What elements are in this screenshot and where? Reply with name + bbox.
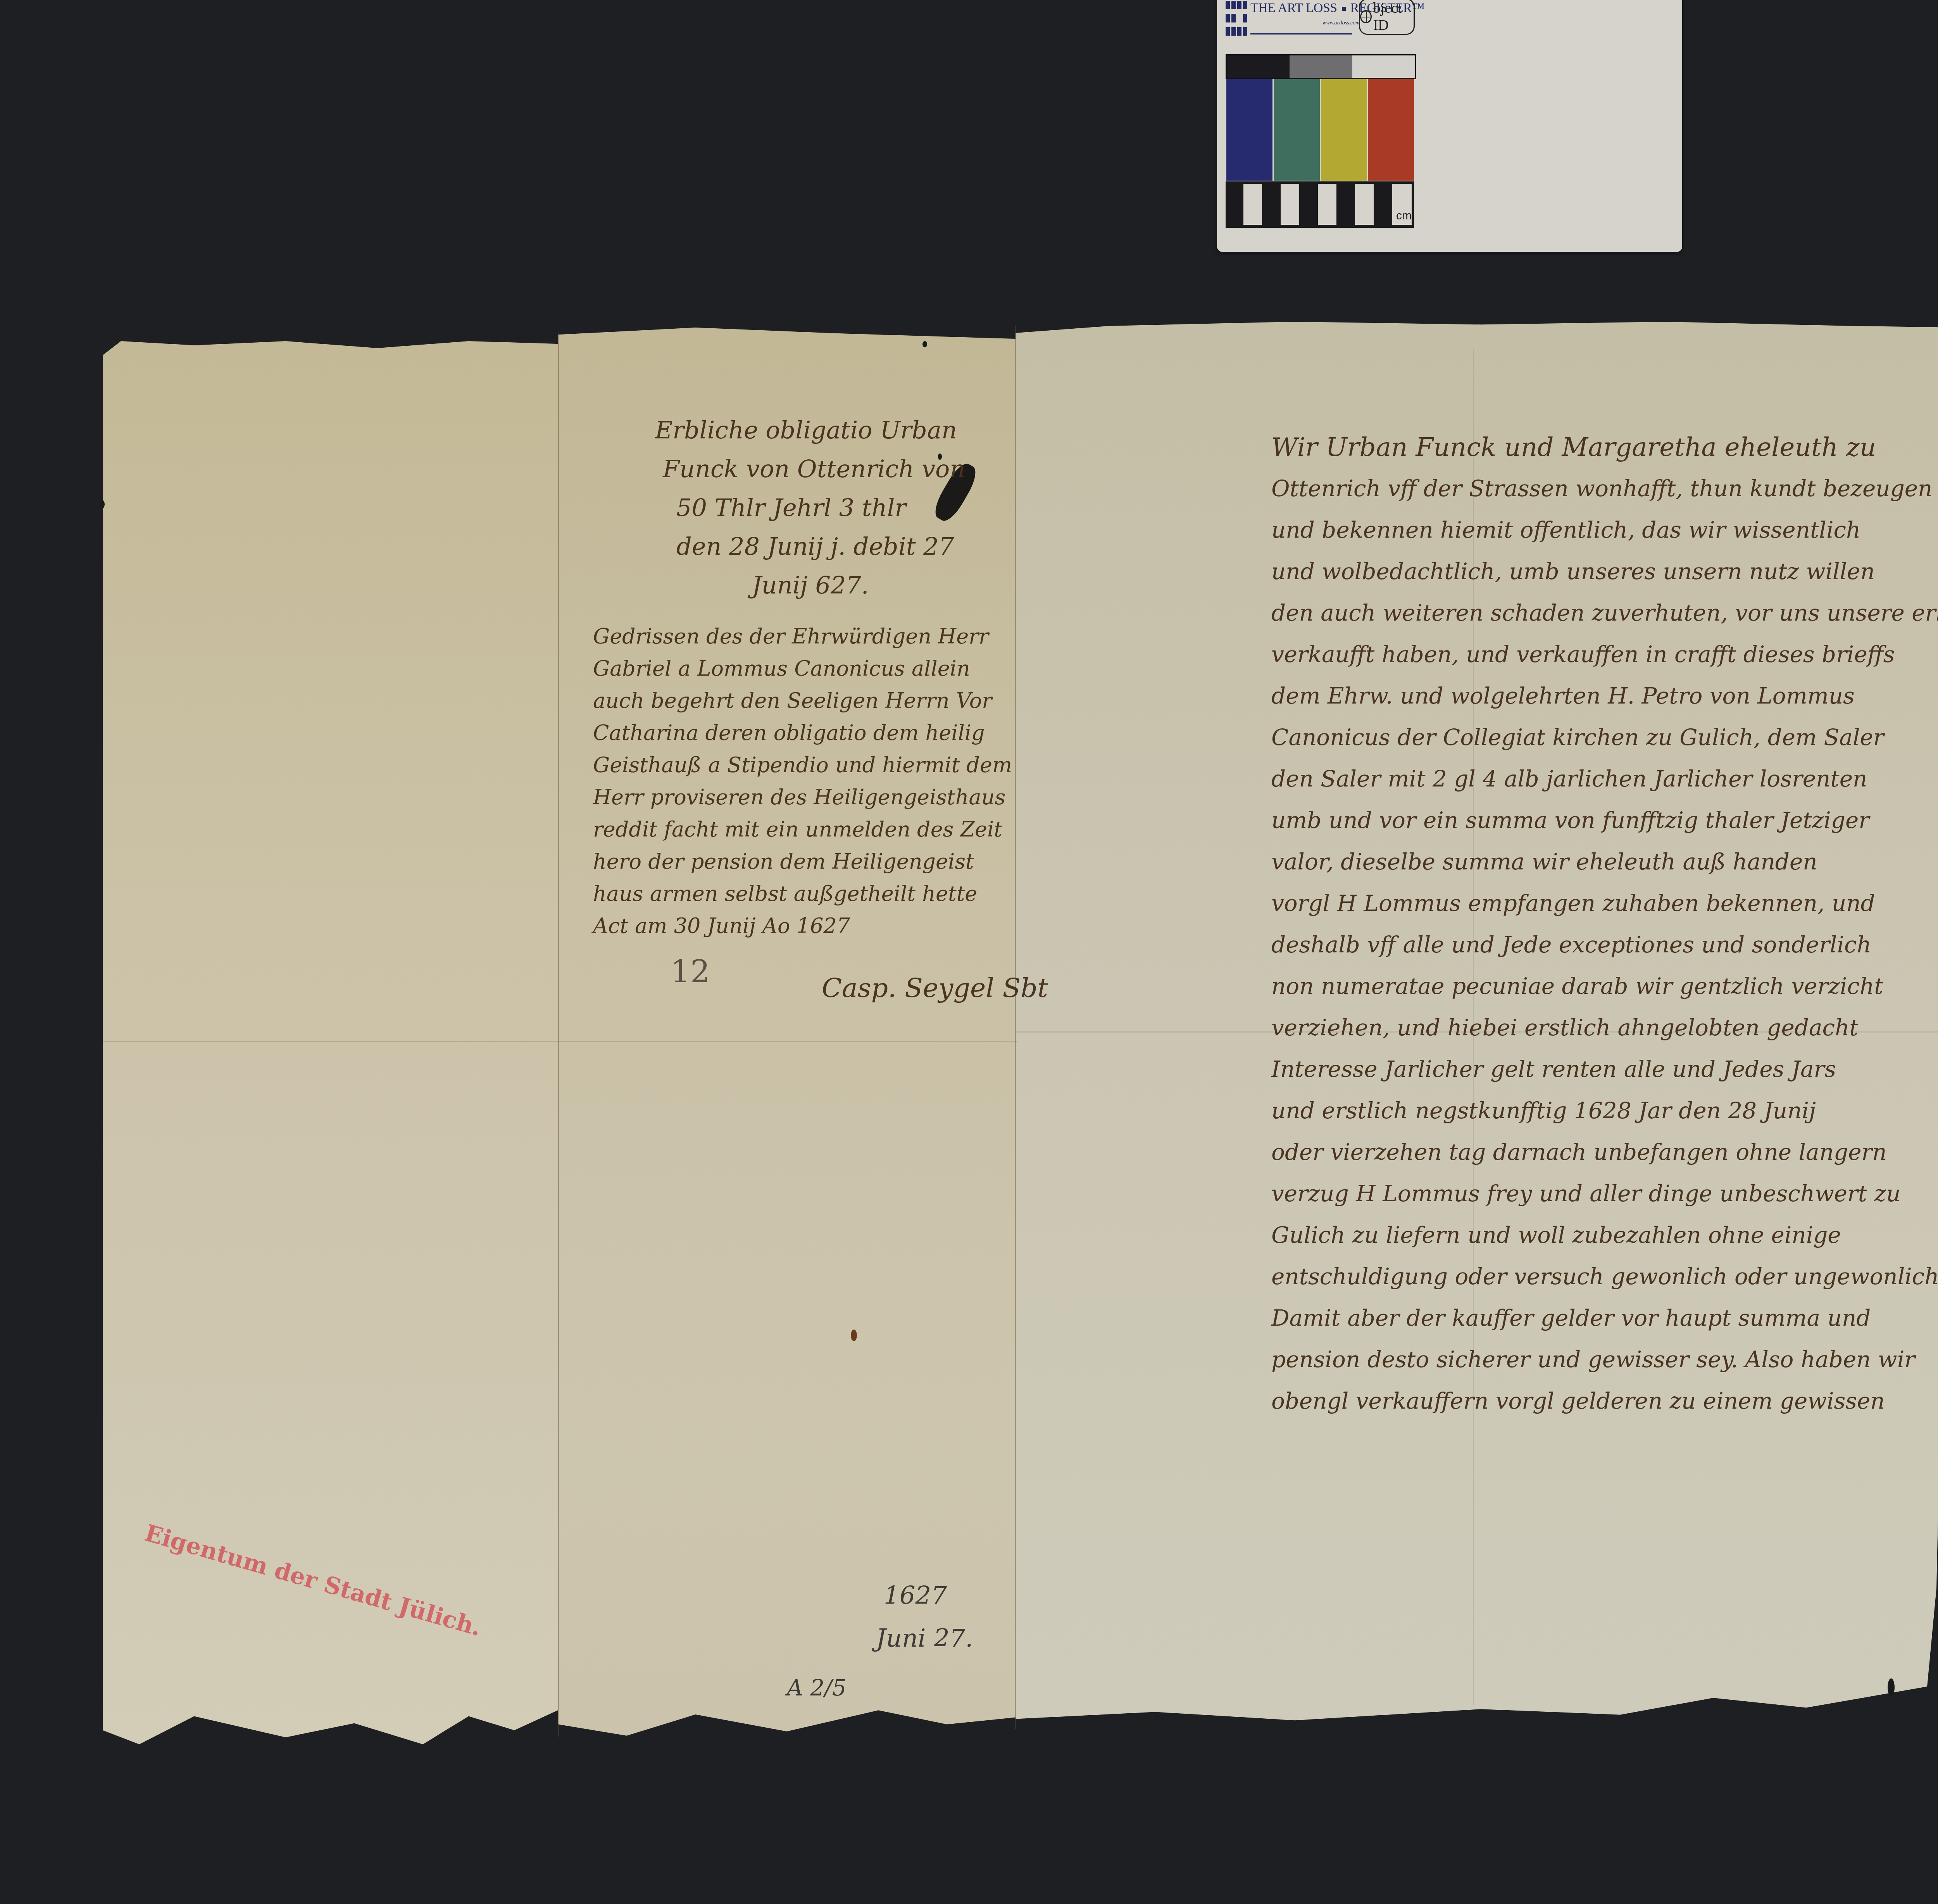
body-line: Geisthauß a Stipendio und hiermit dem	[593, 749, 1012, 781]
color-patch-yellow	[1321, 79, 1367, 181]
vertical-fold-left	[558, 333, 559, 1737]
grey-patch-white	[1352, 55, 1415, 78]
endorsement-heading: Erbliche obligatio Urban Funck von Otten…	[655, 411, 965, 605]
deed-line: Damit aber der kauffer gelder vor haupt …	[1271, 1297, 1938, 1339]
globe-icon	[1360, 10, 1372, 23]
deed-line: Gulich zu liefern und woll zubezahlen oh…	[1271, 1214, 1938, 1256]
deed-line: vorgl H Lommus empfangen zuhaben bekenne…	[1271, 883, 1938, 924]
body-line: Gedrissen des der Ehrwürdigen Herr	[593, 620, 1012, 652]
scale-tick	[1243, 184, 1262, 225]
art-loss-register-logo-icon	[1226, 1, 1249, 37]
heading-line: Funck von Ottenrich von	[655, 450, 965, 488]
heading-line: 50 Thlr Jehrl 3 thlr	[655, 488, 965, 527]
deed-line: non numeratae pecuniae darab wir gentzli…	[1271, 966, 1938, 1007]
deed-line: dem Ehrw. und wolgelehrten H. Petro von …	[1271, 675, 1938, 717]
body-line: Gabriel a Lommus Canonicus allein	[593, 652, 1012, 685]
centimeter-scale: cm	[1226, 181, 1414, 228]
archive-date-day: Juni 27.	[876, 1624, 973, 1653]
card-url: www.artloss.com	[1322, 20, 1359, 26]
deed-line: verzug H Lommus frey und aller dinge unb…	[1271, 1173, 1938, 1214]
deed-line: verkaufft haben, und verkauffen in craff…	[1271, 634, 1938, 675]
archive-shelfmark: A 2/5	[787, 1675, 847, 1701]
unit-label: cm	[1396, 209, 1412, 222]
deed-line: Canonicus der Collegiat kirchen zu Gulic…	[1271, 717, 1938, 758]
object-id-label: bject ID	[1373, 0, 1414, 34]
grey-scale-strip	[1226, 54, 1416, 79]
deed-text: Wir Urban Funck und Margaretha eheleuth …	[1271, 426, 1938, 1422]
deed-line: obengl verkauffern vorgl gelderen zu ein…	[1271, 1380, 1938, 1422]
color-patch-blue	[1226, 79, 1272, 181]
deed-line: und wolbedachtlich, umb unseres unsern n…	[1271, 551, 1938, 592]
heading-line: Junij 627.	[655, 566, 965, 605]
body-line: auch begehrt den Seeligen Herrn Vor	[593, 685, 1012, 717]
deed-line: deshalb vff alle und Jede exceptiones un…	[1271, 924, 1938, 966]
object-id-badge: bject ID	[1359, 0, 1415, 35]
color-patch-strip	[1226, 79, 1414, 181]
deed-line: und erstlich negstkunfftig 1628 Jar den …	[1271, 1090, 1938, 1131]
binding-hole	[922, 341, 927, 347]
grey-patch-black	[1227, 55, 1290, 78]
deed-line: den auch weiteren schaden zuverhuten, vo…	[1271, 592, 1938, 634]
brand-name: THE ART LOSS	[1250, 1, 1337, 15]
number-mark: 12	[671, 954, 710, 990]
deed-line: verziehen, und hiebei erstlich ahngelobt…	[1271, 1007, 1938, 1049]
body-line: hero der pension dem Heiligengeist	[593, 845, 1012, 878]
body-line: Catharina deren obligatio dem heilig	[593, 717, 1012, 749]
scale-tick	[1281, 184, 1299, 225]
body-line: Herr proviseren des Heiligengeisthaus	[593, 781, 1012, 813]
body-line: haus armen selbst außgetheilt hette	[593, 878, 1012, 910]
deed-line: Interesse Jarlicher gelt renten alle und…	[1271, 1049, 1938, 1090]
heading-line: Erbliche obligatio Urban	[655, 411, 965, 450]
signature: Casp. Seygel Sbt	[822, 973, 1048, 1004]
deed-line: Ottenrich vff der Strassen wonhafft, thu…	[1271, 468, 1938, 509]
deed-line: Wir Urban Funck und Margaretha eheleuth …	[1271, 426, 1938, 468]
archive-date-year: 1627	[884, 1581, 947, 1610]
color-calibration-card: THE ART LOSS REGISTER™ www.artloss.com b…	[1217, 0, 1682, 252]
binding-hole	[1888, 1678, 1895, 1696]
heading-line: den 28 Junij j. debit 27	[655, 527, 965, 566]
grey-patch-mid	[1290, 55, 1352, 78]
color-patch-green	[1274, 79, 1320, 181]
deed-line: und bekennen hiemit offentlich, das wir …	[1271, 509, 1938, 551]
card-rule	[1250, 33, 1352, 34]
stain-spot	[851, 1330, 857, 1341]
scale-tick	[1355, 184, 1374, 225]
endorsement-body: Gedrissen des der Ehrwürdigen Herr Gabri…	[593, 620, 1012, 942]
color-patch-red	[1368, 79, 1414, 181]
vertical-fold-right	[1015, 326, 1016, 1729]
scale-tick	[1318, 184, 1336, 225]
deed-line: valor, dieselbe summa wir eheleuth auß h…	[1271, 841, 1938, 883]
body-line: Act am 30 Junij Ao 1627	[593, 910, 1012, 942]
body-line: reddit facht mit ein unmelden des Zeit	[593, 813, 1012, 845]
deed-line: den Saler mit 2 gl 4 alb jarlichen Jarli…	[1271, 758, 1938, 800]
deed-line: pension desto sicherer und gewisser sey.…	[1271, 1339, 1938, 1380]
horizontal-fold	[103, 1041, 1017, 1042]
deed-line: umb und vor ein summa von funfftzig thal…	[1271, 800, 1938, 841]
binding-hole	[100, 500, 105, 509]
deed-line: entschuldigung oder versuch gewonlich od…	[1271, 1256, 1938, 1297]
brand-separator-icon	[1342, 7, 1346, 11]
deed-line: oder vierzehen tag darnach unbefangen oh…	[1271, 1131, 1938, 1173]
